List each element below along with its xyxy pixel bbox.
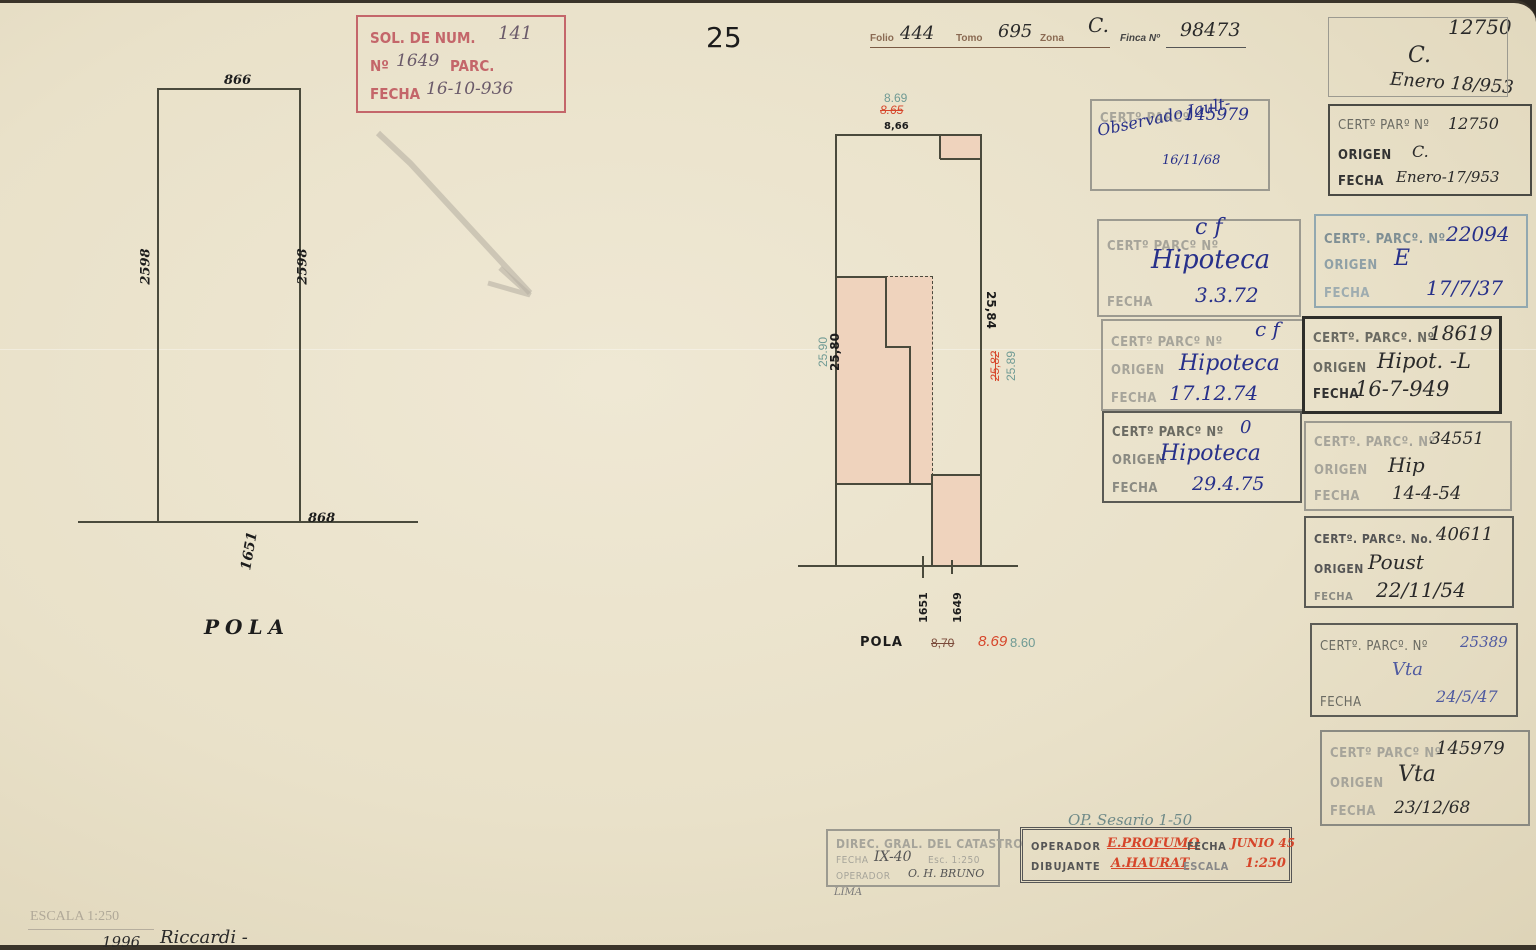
cert-7-number: 0 xyxy=(1240,417,1251,438)
cert-7-origin: Hipoteca xyxy=(1160,441,1261,466)
plan-line xyxy=(932,474,981,476)
plan-line xyxy=(885,276,933,277)
stamp-label: FECHA xyxy=(1314,590,1353,603)
stamp-label: ORIGEN xyxy=(1314,463,1368,478)
cert-4-date: 17/7/37 xyxy=(1426,276,1503,300)
left-right-dimension: 2598 xyxy=(296,248,311,284)
rp-street-red: 8.69 xyxy=(978,633,1007,650)
stamp-label: OPERADOR xyxy=(836,871,890,882)
cert-stamp-2: CERTº PARº Nº 12750 ORIGEN C. FECHA Ener… xyxy=(1328,104,1532,196)
cert-6-number: 18619 xyxy=(1429,321,1493,345)
cert-5-origin: Hipoteca xyxy=(1179,351,1280,376)
stamp-label: ORIGEN xyxy=(1338,148,1392,163)
cert-3-mark: c f xyxy=(1195,215,1222,240)
operador-stamp: OPERADOR E.PROFUMO FECHA JUNIO 45 DIBUJA… xyxy=(1020,827,1292,883)
stamp-label: FECHA xyxy=(1320,695,1362,710)
rp-right-black: 25,84 xyxy=(984,291,998,329)
left-street-name: POLA xyxy=(204,615,290,639)
cert-1-date: 16/11/68 xyxy=(1162,153,1220,168)
plan-line xyxy=(78,521,418,523)
stamp-label: ORIGEN xyxy=(1330,776,1384,791)
operador-value: E.PROFUMO xyxy=(1107,836,1200,851)
stamp-label: FECHA xyxy=(1330,804,1376,819)
stamp-label: CERTº. PARCº. Nº xyxy=(1314,435,1436,450)
stamp-label: CERTº. PARCº. No. xyxy=(1314,532,1433,546)
cert-9-number: 40611 xyxy=(1436,524,1493,545)
rp-top-red: 8.65 xyxy=(880,103,903,117)
cert-11-date: 23/12/68 xyxy=(1394,798,1470,818)
stamp-label: Esc. 1:250 xyxy=(928,855,980,866)
plan-line xyxy=(158,88,300,90)
cert-stamp-8: CERTº. PARCº. Nº 34551 ORIGEN Hip FECHA … xyxy=(1304,421,1512,511)
stamp-label: CERTº. PARCº. Nº xyxy=(1313,331,1435,346)
lima-note: LIMA xyxy=(834,887,862,898)
cert-2-date: Enero-17/953 xyxy=(1396,168,1500,186)
plan-line xyxy=(798,565,1018,567)
left-left-dimension: 2598 xyxy=(139,248,154,284)
stamp-label: ORIGEN xyxy=(1313,361,1367,376)
stamp-label: DIBUJANTE xyxy=(1031,860,1101,873)
zona-value: C. xyxy=(1088,13,1109,37)
rp-right-teal: 25.89 xyxy=(1004,351,1018,381)
rp-street-teal: 8.60 xyxy=(1010,635,1035,650)
cert-8-date: 14-4-54 xyxy=(1392,483,1461,504)
left-top-dimension: 866 xyxy=(224,73,251,88)
operador-fecha: JUNIO 45 xyxy=(1231,836,1295,850)
cert-9-date: 22/11/54 xyxy=(1376,578,1466,602)
stamp-label: CERTº. PARCº. Nº xyxy=(1320,639,1428,654)
stamp-label: ESCALA xyxy=(1183,860,1229,873)
cert-5-date: 17.12.74 xyxy=(1169,381,1258,405)
folio-label: Folio xyxy=(870,33,894,44)
cert-stamp-5: CERTº PARCº Nº c f ORIGEN Hipoteca FECHA… xyxy=(1101,319,1305,411)
cert-2-origin: C. xyxy=(1412,142,1429,161)
cert-3-date: 3.3.72 xyxy=(1195,283,1259,307)
plan-line xyxy=(909,346,911,483)
cert-8-number: 34551 xyxy=(1430,429,1484,449)
plan-line xyxy=(951,560,953,574)
stamp-label: FECHA xyxy=(836,855,869,866)
north-arrow-icon xyxy=(370,123,540,303)
cert-5-mark: c f xyxy=(1255,317,1280,341)
plan-line xyxy=(939,134,941,159)
cert-11-number: 145979 xyxy=(1436,738,1505,759)
stamp-label: FECHA xyxy=(1187,840,1226,853)
tomo-label: Tomo xyxy=(956,33,982,44)
zona-label: Zona xyxy=(1040,33,1064,44)
stamp-label: FECHA xyxy=(1324,286,1370,301)
faint-stamp-ghost xyxy=(1328,17,1508,97)
sol-label: SOL. DE NUM. xyxy=(370,29,476,47)
stamp-label: FECHA xyxy=(1338,174,1384,189)
finca-label: Finca Nº xyxy=(1120,33,1160,44)
catastro-stamp: DIREC. GRAL. DEL CATASTRO FECHA IX-40 Es… xyxy=(826,829,1000,887)
tomo-value: 695 xyxy=(998,21,1032,42)
plan-line xyxy=(885,276,887,347)
stamp-label: CERTº. PARCº. Nº xyxy=(1324,232,1446,247)
plan-line xyxy=(922,556,924,578)
num-label: Nº xyxy=(370,57,389,75)
cert-stamp-1: CERTº PARCº Observado Jault- 145979 16/1… xyxy=(1090,99,1270,191)
rp-parcel-1649: 1649 xyxy=(951,592,964,623)
building-front xyxy=(932,474,981,565)
cert-stamp-10: CERTº. PARCº. Nº 25389 Vta FECHA 24/5/47 xyxy=(1310,623,1518,717)
bottom-note-name: Riccardi - xyxy=(160,927,248,948)
plan-line xyxy=(1166,47,1246,48)
stamp-label: CERTº PARCº Nº xyxy=(1111,335,1223,350)
left-bottom-dimension: 868 xyxy=(308,511,335,526)
rp-right-red: 25,82 xyxy=(988,351,1002,381)
cert-6-date: 16-7-949 xyxy=(1355,377,1449,401)
cert-2-number: 12750 xyxy=(1448,114,1499,133)
stamp-label: OPERADOR xyxy=(1031,840,1101,853)
stamp-label: ORIGEN xyxy=(1111,363,1165,378)
plan-line xyxy=(885,346,910,348)
cert-stamp-9: CERTº. PARCº. No. 40611 ORIGEN Poust FEC… xyxy=(1304,516,1514,608)
finca-value: 98473 xyxy=(1180,19,1240,41)
stamp-label: FECHA xyxy=(1314,489,1360,504)
cert-stamp-6: CERTº. PARCº. Nº 18619 ORIGEN Hipot. -L … xyxy=(1302,316,1502,414)
sheet-number: 25 xyxy=(706,21,742,54)
cert-6-origin: Hipot. -L xyxy=(1377,349,1471,373)
catastro-fecha: IX-40 xyxy=(874,849,912,865)
plan-line xyxy=(870,47,1110,48)
bottom-note-year: 1996 xyxy=(102,933,140,950)
rp-street-name: POLA xyxy=(860,635,903,650)
plan-line xyxy=(28,929,154,930)
solicitud-stamp: SOL. DE NUM. 141 Nº 1649 PARC. FECHA 16-… xyxy=(356,15,566,113)
escala-print: ESCALA 1:250 xyxy=(30,909,119,925)
stamp-label: FECHA xyxy=(1112,481,1158,496)
registry-line: Folio 444 Tomo 695 Zona C. Finca Nº 9847… xyxy=(870,27,1270,49)
plan-line xyxy=(836,276,886,278)
cert-10-number: 25389 xyxy=(1460,633,1508,651)
stamp-label: ORIGEN xyxy=(1324,258,1378,273)
plan-line xyxy=(836,483,933,485)
folio-value: 444 xyxy=(900,23,934,44)
rp-parcel-1651: 1651 xyxy=(917,592,930,623)
stamp-label: FECHA xyxy=(1111,391,1157,406)
fecha-value: 16-10-936 xyxy=(426,79,513,99)
num-value: 1649 xyxy=(396,51,439,71)
cert-8-origin: Hip xyxy=(1388,453,1425,477)
plan-line xyxy=(299,88,301,521)
rp-top-black: 8,66 xyxy=(884,121,909,132)
stamp-label: ORIGEN xyxy=(1112,453,1166,468)
cert-9-origin: Poust xyxy=(1368,550,1424,574)
stamp-label: FECHA xyxy=(1313,387,1359,402)
catastro-operador: O. H. BRUNO xyxy=(908,867,984,880)
dibujante-value: A.HAURAT xyxy=(1111,856,1189,871)
stamp-label: DIREC. GRAL. DEL CATASTRO xyxy=(836,837,1023,851)
cert-1-number: 145979 xyxy=(1184,105,1249,125)
cadastral-sheet: 25 Folio 444 Tomo 695 Zona C. Finca Nº 9… xyxy=(0,0,1536,950)
cert-stamp-4: CERTº. PARCº. Nº 22094 ORIGEN E FECHA 17… xyxy=(1314,214,1528,308)
cert-stamp-7: CERTº PARCº Nº 0 ORIGEN Hipoteca FECHA 2… xyxy=(1102,411,1302,503)
stamp-label: CERTº PARº Nº xyxy=(1338,118,1429,133)
stamp-label: FECHA xyxy=(1107,295,1153,310)
plan-line xyxy=(980,134,982,566)
rp-left-black: 25,80 xyxy=(828,333,842,371)
fecha-label: FECHA xyxy=(370,85,420,103)
plan-line xyxy=(931,474,933,566)
building-small xyxy=(940,134,981,158)
stamp-label: ORIGEN xyxy=(1314,562,1364,576)
cert-stamp-11: CERTº PARCº Nº 145979 ORIGEN Vta FECHA 2… xyxy=(1320,730,1530,826)
rp-street-struck: 8,70 xyxy=(931,636,954,650)
cert-3-origin: Hipoteca xyxy=(1151,245,1270,275)
stamp-label: CERTº PARCº Nº xyxy=(1330,746,1442,761)
cert-stamp-3: CERTº PARCº Nº c f Hipoteca FECHA 3.3.72 xyxy=(1097,219,1301,317)
sol-value: 141 xyxy=(498,23,532,44)
left-parcel-number: 1651 xyxy=(238,530,261,571)
cert-4-number: 22094 xyxy=(1446,222,1510,246)
plan-line xyxy=(940,158,981,160)
cert-10-date: 24/5/47 xyxy=(1436,687,1498,706)
stamp-label: CERTº PARCº Nº xyxy=(1112,425,1224,440)
parc-label: PARC. xyxy=(450,57,494,75)
cert-10-origin: Vta xyxy=(1392,659,1423,680)
plan-line xyxy=(932,276,933,476)
plan-line xyxy=(157,88,159,521)
cert-7-date: 29.4.75 xyxy=(1192,473,1265,495)
escala-value: 1:250 xyxy=(1245,856,1286,871)
cert-4-origin: E xyxy=(1394,246,1410,271)
cert-11-origin: Vta xyxy=(1398,762,1436,787)
plan-line xyxy=(836,134,982,136)
